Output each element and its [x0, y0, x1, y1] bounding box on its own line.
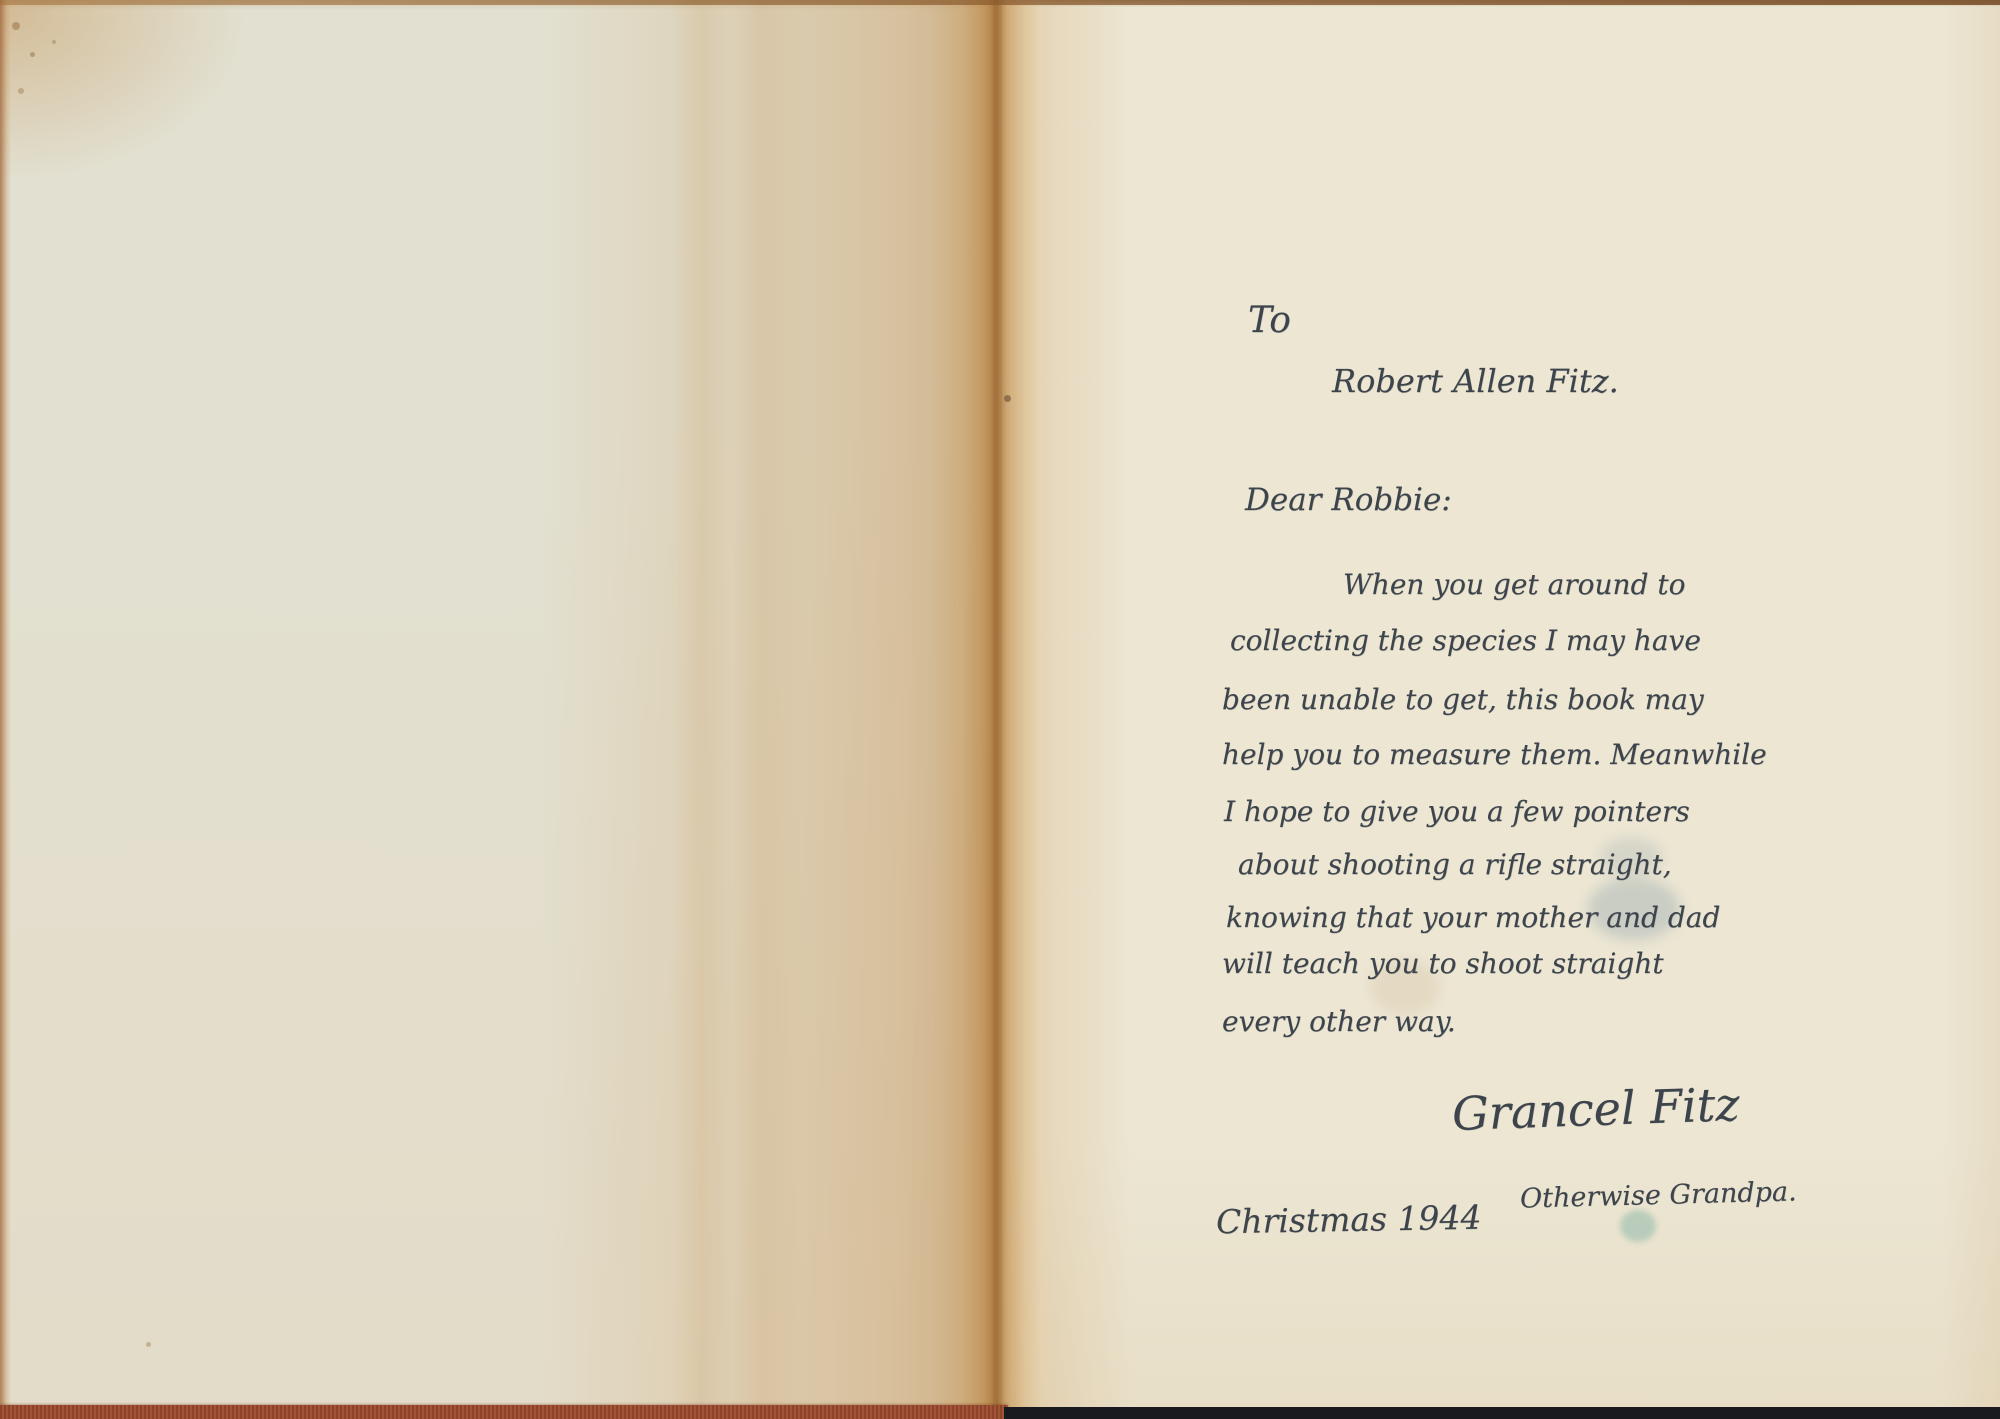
inscription-line: When you get around to	[1343, 568, 1686, 601]
foxing-speck	[30, 52, 35, 57]
foxing-speck	[52, 40, 56, 44]
greeting: Dear Robbie:	[1245, 482, 1452, 518]
foxing-speck	[12, 22, 20, 30]
left-blank-page	[0, 0, 1002, 1419]
inscription-line: been unable to get, this book may	[1222, 683, 1704, 716]
book-scan: To Robert Allen Fitz. Dear Robbie: When …	[0, 0, 2000, 1419]
inscription-line: collecting the species I may have	[1230, 624, 1701, 657]
book-gutter-fold	[993, 0, 998, 1419]
page-edge-bottom-dark	[1004, 1407, 2000, 1419]
dedication-to: To	[1248, 300, 1291, 341]
inscription-line: I hope to give you a few pointers	[1224, 795, 1690, 828]
cover-cloth-edge-bottom	[0, 1405, 1008, 1419]
inscription-line: about shooting a rifle straight,	[1238, 848, 1672, 881]
cover-edge-top	[0, 0, 2000, 5]
foxing-speck	[1004, 395, 1011, 402]
signature: Grancel Fitz	[1451, 1077, 1740, 1141]
cover-edge-left	[0, 0, 11, 1419]
inscription-line: knowing that your mother and dad	[1226, 901, 1720, 934]
recipient-name: Robert Allen Fitz.	[1332, 362, 1619, 400]
teal-spot-stain	[1620, 1210, 1656, 1242]
inscription-line: help you to measure them. Meanwhile	[1222, 738, 1767, 771]
foxing-speck	[146, 1342, 151, 1347]
inscription-line: every other way.	[1222, 1005, 1456, 1038]
inscription-date: Christmas 1944	[1216, 1198, 1482, 1242]
inscription-line: will teach you to shoot straight	[1222, 947, 1664, 980]
foxing-speck	[18, 88, 24, 94]
